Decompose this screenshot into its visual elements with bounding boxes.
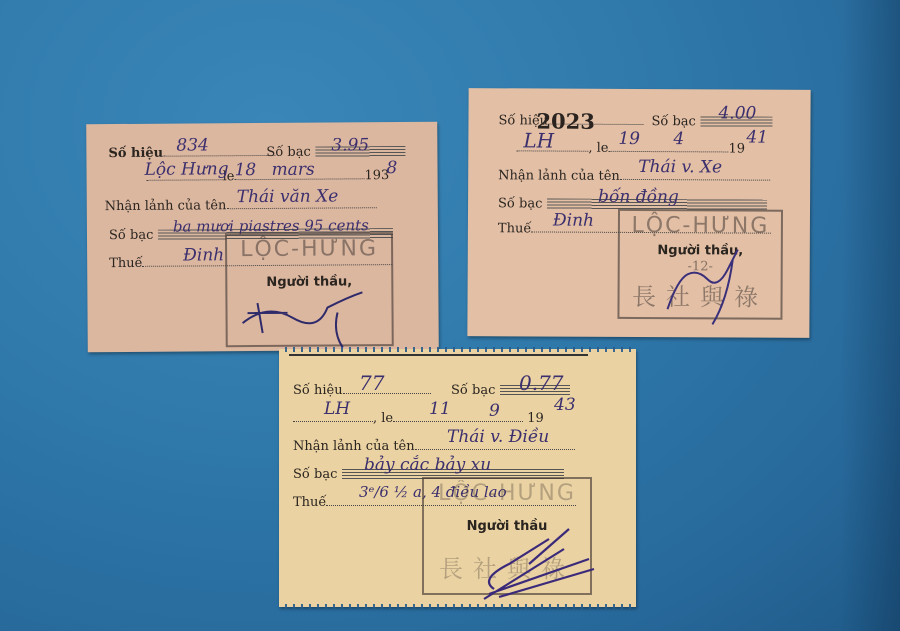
so-hieu-value: 834 — [176, 135, 209, 155]
background-shadow — [840, 0, 900, 631]
so-bac-value: 4.00 — [718, 103, 756, 123]
so-bac-2-value: bốn đồng — [598, 187, 679, 207]
place-value: Lộc Hưng — [144, 159, 228, 180]
date-day: 11 — [429, 399, 451, 419]
nhan-lanh-value: Thái v. Xe — [638, 157, 722, 177]
year-hand: 43 — [554, 395, 576, 415]
so-bac-value: 0.77 — [519, 371, 564, 395]
signature-icon — [657, 239, 777, 330]
so-bac-2-value: bảy cắc bảy xu — [364, 455, 491, 475]
nhan-lanh-value: Thái văn Xe — [237, 186, 339, 207]
year-hand: 8 — [386, 158, 397, 178]
receipt-1938: Số hiệu 834 Số bạc 3.95 le193 Lộc Hưng 1… — [86, 122, 439, 352]
year-hand: 41 — [746, 128, 768, 148]
top-rule — [289, 354, 588, 356]
signature-icon — [469, 509, 609, 604]
so-hieu-value: 77 — [359, 371, 384, 395]
date-month: mars — [271, 160, 314, 180]
date-day: 18 — [234, 160, 256, 180]
thue-value: Đinh — [553, 211, 594, 231]
receipt-1943: Số hiệu 77 Số bạc 0.77 , le 19 LH 11 9 4… — [279, 349, 636, 607]
receipt-1941: Số hiệu 2023 Số bạc 4.00 , le19 LH 19 4 … — [467, 88, 810, 338]
date-month: 9 — [489, 401, 500, 421]
signature-icon — [237, 282, 377, 353]
so-bac-value: 3.95 — [331, 135, 369, 155]
nhan-lanh-field: Nhận lảnh của tên — [498, 168, 770, 184]
place-value: LH — [324, 399, 350, 419]
place-value: LH — [523, 128, 554, 152]
date-month: 4 — [673, 129, 684, 149]
nhan-lanh-value: Thái v. Điều — [447, 427, 549, 447]
date-day: 19 — [618, 129, 640, 149]
thue-value: Đinh — [183, 245, 224, 265]
